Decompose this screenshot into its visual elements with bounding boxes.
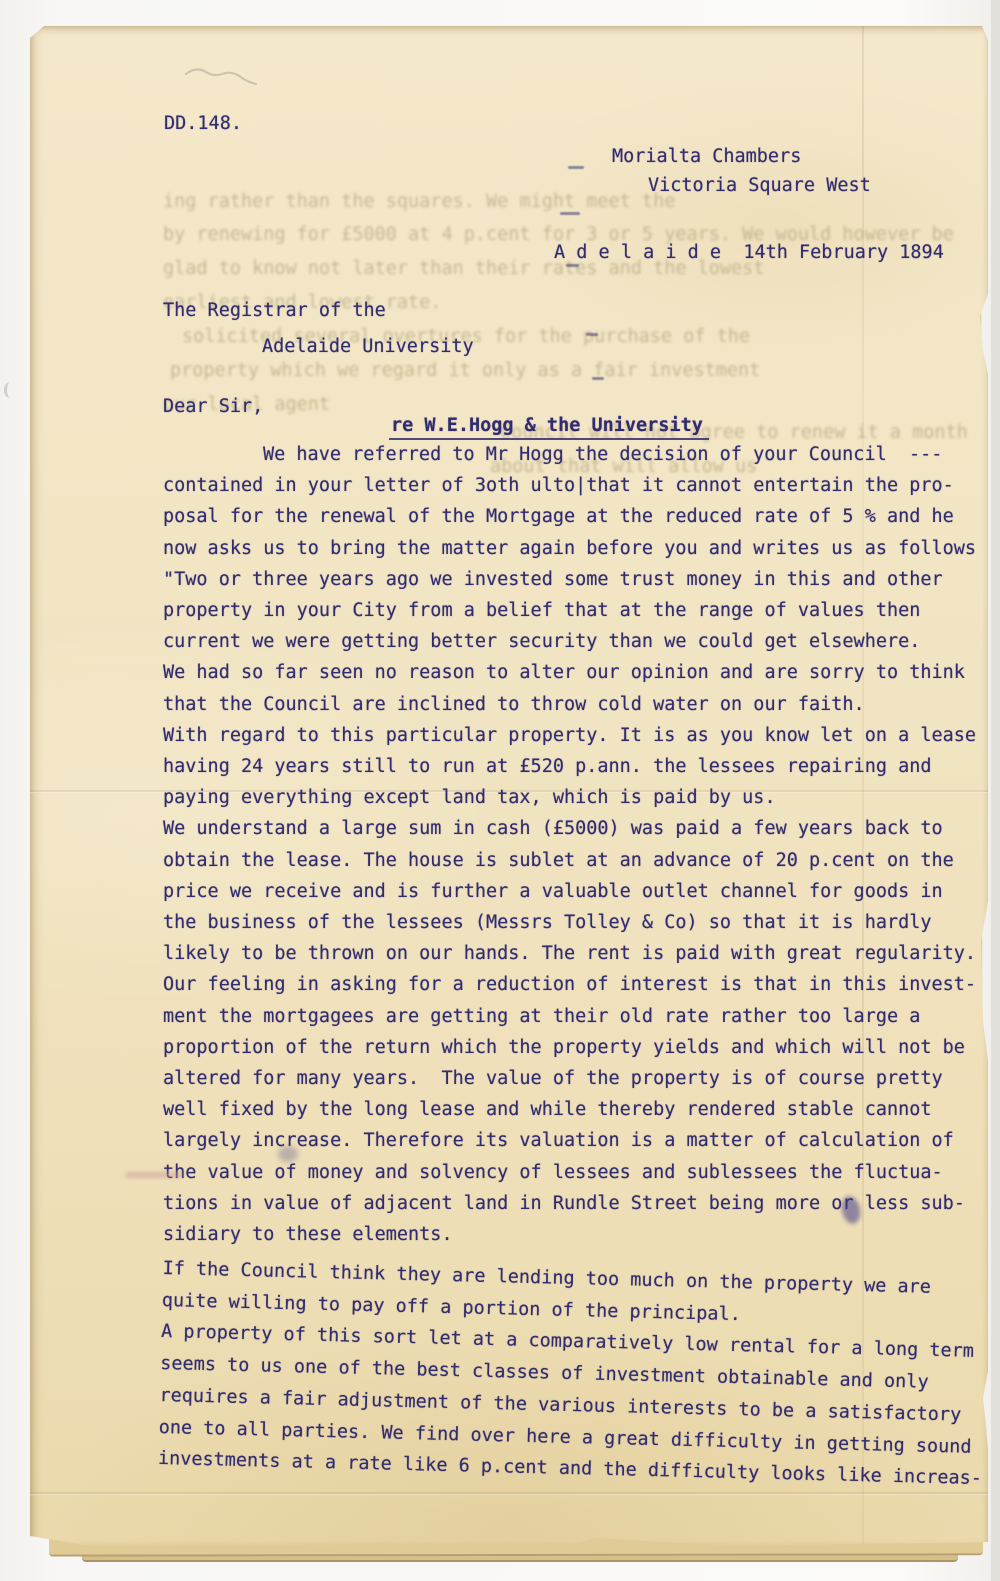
ink-mark xyxy=(586,333,598,336)
letter-body-line: sidiary to these elements. xyxy=(163,1219,1000,1250)
letter-body-line: obtain the lease. The house is sublet at… xyxy=(163,845,1000,876)
letter-body-line: With regard to this particular property.… xyxy=(163,720,1000,751)
letter-body-line: the business of the lessees (Messrs Toll… xyxy=(163,907,1000,938)
letter-body-line: current we were getting better security … xyxy=(163,626,1000,657)
subject-heading: re W.E.Hogg & the University xyxy=(389,415,709,440)
bleedthrough-line: property which we regard it only as a fa… xyxy=(170,360,936,386)
letter-body-line: likely to be thrown on our hands. The re… xyxy=(163,938,1000,969)
letter-body-line: tions in value of adjacent land in Rundl… xyxy=(163,1188,1000,1219)
letter-body-line: proportion of the return which the prope… xyxy=(163,1032,1000,1063)
letter-body-line: posal for the renewal of the Mortgage at… xyxy=(163,501,1000,532)
letter-body-line: contained in your letter of 3oth ulto|th… xyxy=(163,470,1000,501)
letter-body-line: We have referred to Mr Hogg the decision… xyxy=(163,439,1000,470)
letter-body-line: that the Council are inclined to throw c… xyxy=(163,689,1000,720)
letter-body-line: altered for many years. The value of the… xyxy=(163,1063,1000,1094)
recipient-line1: The Registrar of the xyxy=(163,300,386,322)
ink-mark xyxy=(560,212,580,215)
letterhead-line1: Morialta Chambers xyxy=(612,146,801,168)
dateline: A d e l a i d e 14th February 1894 xyxy=(554,242,944,264)
margin-smudge xyxy=(4,382,16,398)
letter-body-line: property in your City from a belief that… xyxy=(163,595,1000,626)
letter-body-line: well fixed by the long lease and while t… xyxy=(163,1094,1000,1125)
letter-body: We have referred to Mr Hogg the decision… xyxy=(163,439,1000,1250)
letter-body-line: We had so far seen no reason to alter ou… xyxy=(163,657,1000,688)
file-reference: DD.148. xyxy=(164,113,242,135)
letter-body-line: now asks us to bring the matter again be… xyxy=(163,533,1000,564)
scanned-letter-page: ing rather than the squares. We might me… xyxy=(0,0,1000,1581)
letter-body-line: "Two or three years ago we invested some… xyxy=(163,564,1000,595)
letter-body-line: Our feeling in asking for a reduction of… xyxy=(163,969,1000,1000)
letter-body-line: ment the mortgagees are getting at their… xyxy=(163,1001,1000,1032)
letter-body-line: We understand a large sum in cash (£5000… xyxy=(163,813,1000,844)
red-smudge xyxy=(125,1172,183,1178)
scanner-edge-band xyxy=(991,0,1000,1581)
letter-body-line: price we receive and is further a valuab… xyxy=(163,876,1000,907)
letter-body-line: having 24 years still to run at £520 p.a… xyxy=(163,751,1000,782)
salutation: Dear Sir, xyxy=(163,396,263,418)
recipient-line2: Adelaide University xyxy=(262,336,474,358)
ink-blot xyxy=(278,1146,298,1162)
letter-paper: ing rather than the squares. We might me… xyxy=(30,26,988,1546)
letter-body-line: paying everything except land tax, which… xyxy=(163,782,1000,813)
pencil-squiggle xyxy=(182,60,262,90)
letter-body-tilted: If the Council think they are lending to… xyxy=(158,1253,1000,1496)
ink-mark xyxy=(566,264,579,267)
letterhead-line2: Victoria Square West xyxy=(648,175,871,197)
ink-mark xyxy=(592,377,604,380)
ink-mark xyxy=(568,166,584,169)
